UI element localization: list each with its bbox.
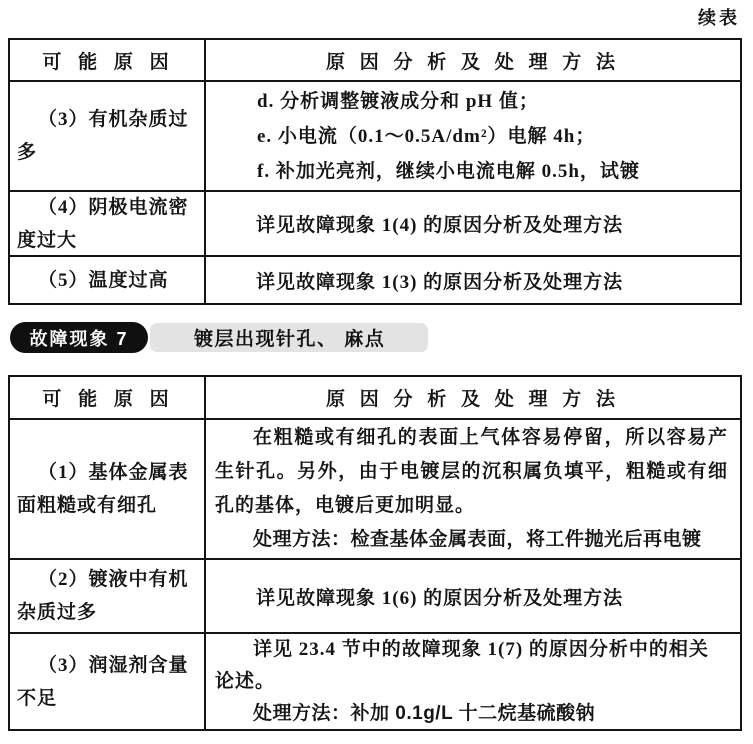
cause-column-header: 可 能 原 因 — [10, 377, 206, 418]
troubleshooting-table-continued: 可 能 原 因 原 因 分 析 及 处 理 方 法 （3）有机杂质过多 d. 分… — [8, 38, 742, 305]
troubleshooting-table-fault-7: 可 能 原 因 原 因 分 析 及 处 理 方 法 （1）基体金属表面粗糙或有细… — [8, 375, 742, 731]
cause-cell: （3）有机杂质过多 — [10, 82, 206, 190]
analysis-line-d: d. 分析调整镀液成分和 pH 值； — [257, 84, 732, 119]
fault-title-highlight: 镀层出现针孔、 麻点 — [150, 323, 428, 352]
analysis-cell: 详见 23.4 节中的故障现象 1(7) 的原因分析中的相关论述。 处理方法：补… — [206, 634, 740, 729]
table-header-row: 可 能 原 因 原 因 分 析 及 处 理 方 法 — [10, 40, 740, 80]
table-row: （5）温度过高 详见故障现象 1(3) 的原因分析及处理方法 — [10, 255, 740, 303]
cause-cell: （1）基体金属表面粗糙或有细孔 — [10, 420, 206, 558]
fault-number-badge: 故障现象 7 — [10, 322, 148, 353]
cause-cell: （4）阴极电流密度过大 — [10, 192, 206, 255]
table-row: （4）阴极电流密度过大 详见故障现象 1(4) 的原因分析及处理方法 — [10, 190, 740, 255]
analysis-line-f: f. 补加光亮剂，继续小电流电解 0.5h，试镀 — [257, 154, 732, 189]
cause-text: （2）镀液中有机杂质过多 — [17, 563, 200, 629]
cause-text: （4）阴极电流密度过大 — [17, 191, 200, 257]
analysis-column-header: 原 因 分 析 及 处 理 方 法 — [206, 377, 740, 418]
scanned-book-page: 续表 可 能 原 因 原 因 分 析 及 处 理 方 法 （3）有机杂质过多 d… — [0, 0, 753, 744]
analysis-cell: 详见故障现象 1(3) 的原因分析及处理方法 — [206, 257, 740, 303]
analysis-cell: 在粗糙或有细孔的表面上气体容易停留，所以容易产生针孔。另外，由于电镀层的沉积属负… — [206, 420, 740, 558]
table-row: （1）基体金属表面粗糙或有细孔 在粗糙或有细孔的表面上气体容易停留，所以容易产生… — [10, 418, 740, 558]
table-header-row: 可 能 原 因 原 因 分 析 及 处 理 方 法 — [10, 377, 740, 418]
analysis-cell: 详见故障现象 1(4) 的原因分析及处理方法 — [206, 192, 740, 255]
analysis-cell: d. 分析调整镀液成分和 pH 值； e. 小电流（0.1～0.5A/dm²）电… — [206, 82, 740, 190]
cause-text: （3）有机杂质过多 — [17, 103, 200, 169]
fault-title-text: 镀层出现针孔、 麻点 — [194, 324, 385, 351]
treatment-method-line: 处理方法：补加 0.1g/L 十二烷基硫酸钠 — [215, 698, 728, 730]
analysis-paragraph: 在粗糙或有细孔的表面上气体容易停留，所以容易产生针孔。另外，由于电镀层的沉积属负… — [215, 421, 728, 523]
table-row: （3）润湿剂含量不足 详见 23.4 节中的故障现象 1(7) 的原因分析中的相… — [10, 632, 740, 729]
fault-badge-label: 故障现象 7 — [29, 325, 128, 351]
cause-text: （3）润湿剂含量不足 — [17, 649, 200, 715]
analysis-paragraph: 详见 23.4 节中的故障现象 1(7) 的原因分析中的相关论述。 — [215, 634, 728, 698]
cause-cell: （2）镀液中有机杂质过多 — [10, 560, 206, 632]
treatment-method-line: 处理方法：检查基体金属表面，将工件抛光后再电镀 — [215, 523, 728, 557]
analysis-line-e: e. 小电流（0.1～0.5A/dm²）电解 4h； — [257, 119, 732, 154]
cause-text: （5）温度过高 — [17, 264, 200, 297]
table-row: （3）有机杂质过多 d. 分析调整镀液成分和 pH 值； e. 小电流（0.1～… — [10, 80, 740, 190]
table-row: （2）镀液中有机杂质过多 详见故障现象 1(6) 的原因分析及处理方法 — [10, 558, 740, 632]
analysis-column-header: 原 因 分 析 及 处 理 方 法 — [206, 40, 740, 80]
cause-cell: （3）润湿剂含量不足 — [10, 634, 206, 729]
continued-table-label: 续表 — [698, 4, 740, 30]
analysis-cell: 详见故障现象 1(6) 的原因分析及处理方法 — [206, 560, 740, 632]
cause-column-header: 可 能 原 因 — [10, 40, 206, 80]
cause-cell: （5）温度过高 — [10, 257, 206, 303]
cause-text: （1）基体金属表面粗糙或有细孔 — [17, 456, 200, 522]
